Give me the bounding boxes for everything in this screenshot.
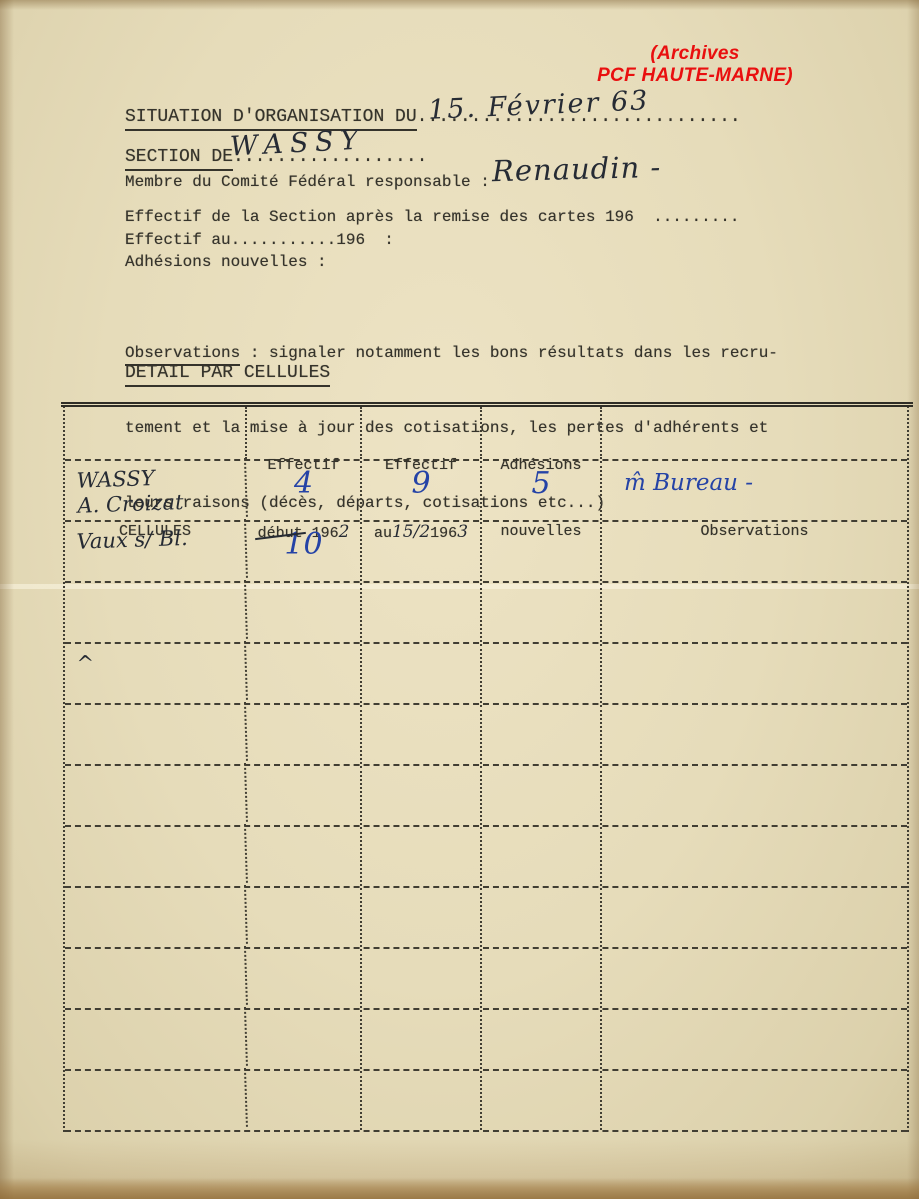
cell-cellule <box>64 580 248 645</box>
cell-adhesions <box>482 1071 602 1130</box>
cell-adhesions <box>482 1010 602 1069</box>
cell-cellule <box>64 946 248 1011</box>
cell-effectif-au <box>362 766 482 825</box>
cell-adhesions <box>482 522 602 581</box>
handwritten-responsable: Renaudin - <box>492 150 662 188</box>
cell-observations <box>602 888 907 947</box>
cell-observations <box>602 1010 907 1069</box>
cell-effectif-au <box>362 583 482 642</box>
cell-effectif-au <box>362 827 482 886</box>
cell-observations <box>602 522 907 581</box>
header-cellules: CELLULES <box>65 407 247 459</box>
form-title-label: SITUATION D'ORGANISATION DU <box>125 107 417 131</box>
table-header-row: CELLULES Effectif début 1962 Effectif au… <box>65 407 907 461</box>
cell-cellule <box>64 885 248 950</box>
cell-cellule: Vaux s/ Bl. <box>64 519 248 584</box>
table-row <box>65 1010 907 1071</box>
cell-observations <box>602 583 907 642</box>
adhesions-nouvelles-line: Adhésions nouvelles : <box>125 253 327 271</box>
header-observations: Observations <box>602 407 907 459</box>
cell-cellule <box>64 824 248 889</box>
cell-observations: m̂ Bureau - <box>602 461 907 520</box>
cell-effectif-debut <box>247 949 362 1008</box>
observations-line1-rest: : signaler notamment les bons résultats … <box>240 344 778 362</box>
cell-cellule <box>64 763 248 828</box>
cell-cellule: WASSY A. Croizat <box>64 458 248 523</box>
cell-effectif-au <box>362 1071 482 1130</box>
table-row <box>65 1071 907 1132</box>
cell-adhesions <box>482 705 602 764</box>
cell-effectif-debut <box>247 827 362 886</box>
cell-cellule: ^ <box>64 641 248 706</box>
cell-observations <box>602 766 907 825</box>
table-row: WASSY A. Croizat 4 9 5 m̂ Bureau - <box>65 461 907 522</box>
table-row <box>65 705 907 766</box>
cell-observations <box>602 827 907 886</box>
effectif-remise-line: Effectif de la Section après la remise d… <box>125 208 740 226</box>
table-row <box>65 949 907 1010</box>
cellules-table-body: WASSY A. Croizat 4 9 5 m̂ Bureau - Vaux … <box>65 461 907 1132</box>
cell-observations <box>602 949 907 1008</box>
cell-effectif-debut <box>247 705 362 764</box>
effectif-au-line: Effectif au...........196 : <box>125 231 394 249</box>
archives-stamp-line1: (Archives <box>575 43 815 65</box>
table-row <box>65 583 907 644</box>
table-row: Vaux s/ Bl. 10 <box>65 522 907 583</box>
cell-adhesions <box>482 644 602 703</box>
cell-cellule <box>64 1007 248 1072</box>
cellules-table: CELLULES Effectif début 1962 Effectif au… <box>63 402 909 1132</box>
header-effectif-au: Effectif au15/21963 <box>362 407 482 459</box>
cell-effectif-debut <box>247 888 362 947</box>
cell-adhesions <box>482 888 602 947</box>
cell-observations <box>602 1071 907 1130</box>
cell-adhesions <box>482 949 602 1008</box>
archives-stamp-line2: PCF HAUTE-MARNE) <box>575 65 815 87</box>
cell-observations <box>602 644 907 703</box>
cell-effectif-debut <box>247 1071 362 1130</box>
paper-bottom-edge <box>0 1178 919 1199</box>
cell-effectif-debut <box>247 766 362 825</box>
scanned-document-page: (Archives PCF HAUTE-MARNE) SITUATION D'O… <box>0 0 919 1199</box>
cell-adhesions <box>482 766 602 825</box>
cell-effectif-debut: 4 <box>247 461 362 520</box>
detail-heading-label: DETAIL PAR CELLULES <box>125 363 330 387</box>
header-effectif-debut: Effectif début 1962 <box>247 407 362 459</box>
section-label: SECTION DE <box>125 147 233 171</box>
cell-effectif-au <box>362 522 482 581</box>
cell-cellule <box>64 1068 248 1133</box>
archives-stamp: (Archives PCF HAUTE-MARNE) <box>575 43 815 87</box>
cell-adhesions <box>482 583 602 642</box>
cell-observations <box>602 705 907 764</box>
struck-word-debut: début <box>258 523 303 545</box>
table-row <box>65 766 907 827</box>
cell-adhesions <box>482 827 602 886</box>
cell-effectif-debut <box>247 644 362 703</box>
table-row: ^ <box>65 644 907 705</box>
cell-cellule <box>64 702 248 767</box>
cell-effectif-au <box>362 888 482 947</box>
cell-effectif-au <box>362 644 482 703</box>
cell-effectif-au <box>362 705 482 764</box>
cell-effectif-au <box>362 949 482 1008</box>
cell-effectif-au <box>362 1010 482 1069</box>
detail-heading: DETAIL PAR CELLULES <box>125 363 330 383</box>
cell-adhesions: 5 <box>482 461 602 520</box>
cell-effectif-debut <box>247 1010 362 1069</box>
table-row <box>65 888 907 949</box>
cell-effectif-au: 9 <box>362 461 482 520</box>
table-row <box>65 827 907 888</box>
header-adhesions: Adhésions nouvelles <box>482 407 602 459</box>
responsable-label: Membre du Comité Fédéral responsable : <box>125 173 490 191</box>
cell-effectif-debut <box>247 583 362 642</box>
